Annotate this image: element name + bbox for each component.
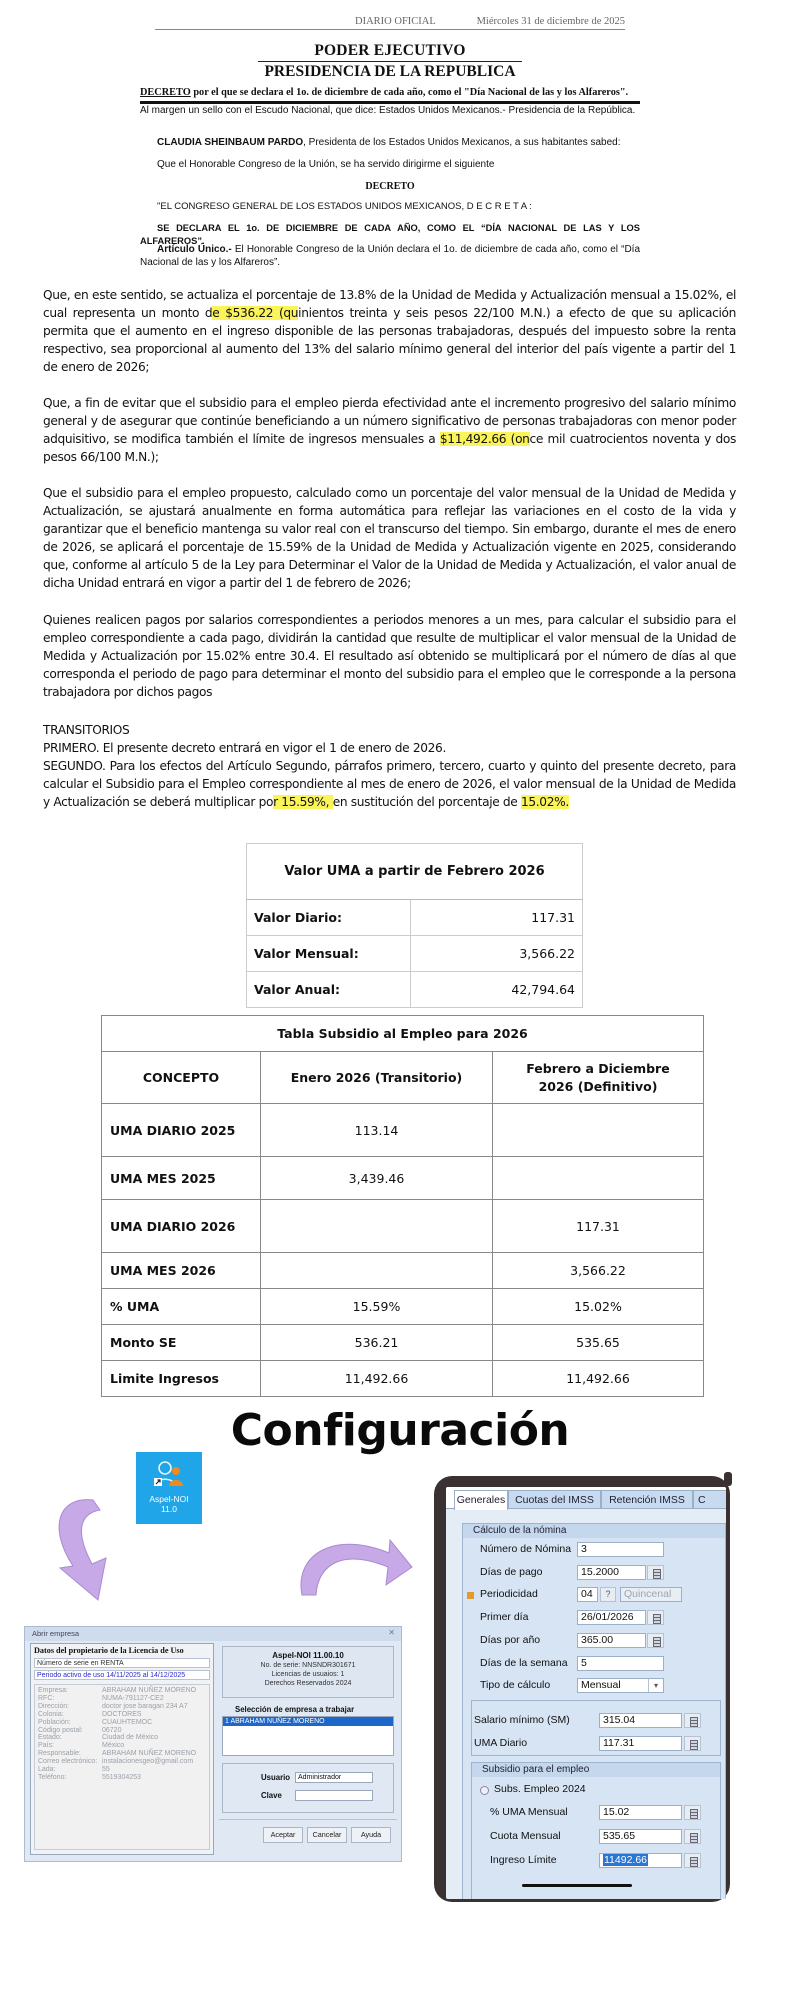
calculo-nomina-group: Cálculo de la nómina Número de Nómina 3 … <box>462 1523 726 1899</box>
dof-decreto-heading: DECRETO <box>140 181 640 192</box>
dias-pago-label: Días de pago <box>480 1566 542 1578</box>
cancelar-button[interactable]: Cancelar <box>307 1827 347 1843</box>
salario-minimo-input[interactable]: 315.04 <box>599 1713 682 1728</box>
selected-text: 11492.66 <box>603 1854 648 1866</box>
dof-margin-note: Al margen un sello con el Escudo Naciona… <box>140 105 640 118</box>
info-value: Ciudad de México <box>102 1734 158 1742</box>
dof-title-poder: PODER EJECUTIVO <box>140 42 640 60</box>
dias-semana-input[interactable]: 5 <box>577 1656 664 1671</box>
primer-dia-label: Primer día <box>480 1611 528 1623</box>
row-label: Valor Diario: <box>247 900 411 936</box>
dof-articulo-unico: Artículo Único.- El Honorable Congreso d… <box>140 244 640 269</box>
calculator-icon[interactable] <box>647 1633 664 1648</box>
cell-enero: 536.21 <box>261 1325 493 1361</box>
paragraph-1: Que, en este sentido, se actualiza el po… <box>43 286 736 376</box>
president-text: , Presidenta de los Estados Unidos Mexic… <box>303 137 620 148</box>
calculator-icon[interactable] <box>684 1713 701 1728</box>
help-icon[interactable]: ? <box>600 1587 616 1602</box>
uma-table-caption: Valor UMA a partir de Febrero 2026 <box>247 844 583 900</box>
decreto-label: DECRETO <box>140 87 191 98</box>
info-value: ABRAHAM NUÑEZ MORENO <box>102 1750 196 1758</box>
dof-president-line: CLAUDIA SHEINBAUM PARDO, Presidenta de l… <box>140 137 640 150</box>
usuario-input[interactable]: Administrador <box>295 1772 373 1783</box>
group-title: Subsidio para el empleo <box>472 1763 720 1777</box>
app-name: Aspel-NOI <box>149 1494 188 1504</box>
dof-header: DIARIO OFICIAL Miércoles 31 de diciembre… <box>155 14 625 30</box>
cuota-mensual-label: Cuota Mensual <box>490 1830 561 1842</box>
row-label: Valor Anual: <box>247 972 411 1008</box>
info-value: CUAUHTEMOC <box>102 1719 152 1727</box>
app-version: 11.0 <box>161 1504 177 1514</box>
articulo-label: Artículo Único.- <box>157 244 232 255</box>
info-value: doctor jose baragan 234 A7 <box>102 1703 188 1711</box>
version-label: Aspel-NOI 11.00.10 <box>272 1651 344 1660</box>
cell-feb-dic: 3,566.22 <box>493 1253 704 1289</box>
info-value: ABRAHAM NUÑEZ MORENO <box>102 1687 196 1695</box>
table-row: UMA DIARIO 2026117.31 <box>102 1200 704 1253</box>
subsidio-empleo-group: Subsidio para el empleo Subs. Empleo 202… <box>471 1762 721 1899</box>
company-select-label: Selección de empresa a trabajar <box>235 1705 354 1714</box>
subs-empleo-option: Subs. Empleo 2024 <box>494 1783 586 1795</box>
ingreso-limite-input[interactable]: 11492.66 <box>599 1853 682 1868</box>
dias-pago-input[interactable]: 15.2000 <box>577 1565 646 1580</box>
tipo-calculo-select[interactable]: Mensual▾ <box>577 1678 664 1693</box>
highlight-1559: r 15.59%, <box>273 795 333 809</box>
uma-mensual-input[interactable]: 15.02 <box>599 1805 682 1820</box>
noi-parameters-screen: Generales Cuotas del IMSS Retención IMSS… <box>446 1487 726 1899</box>
calculator-icon[interactable] <box>684 1736 701 1751</box>
row-label: Limite Ingresos <box>102 1361 261 1397</box>
table-row: UMA DIARIO 2025113.14 <box>102 1104 704 1157</box>
dof-title-presidencia: PRESIDENCIA DE LA REPUBLICA <box>140 63 640 81</box>
table-row: Monto SE536.21535.65 <box>102 1325 704 1361</box>
info-value: instalacionesgeo@gmail.com <box>102 1758 193 1766</box>
app-icon-label: Aspel-NOI11.0 <box>136 1494 202 1514</box>
highlight-536: e $536.22 (qu <box>212 306 298 320</box>
highlight-1502: 15.02%. <box>521 795 569 809</box>
cell-feb-dic: 535.65 <box>493 1325 704 1361</box>
row-label: UMA DIARIO 2026 <box>102 1200 261 1253</box>
tab-more[interactable]: C <box>693 1490 726 1509</box>
dof-header-publication: DIARIO OFICIAL <box>355 16 436 27</box>
divider <box>140 101 640 104</box>
close-icon[interactable]: ✕ <box>388 1628 395 1637</box>
dias-ano-input[interactable]: 365.00 <box>577 1633 646 1648</box>
info-key: Colonia: <box>38 1711 102 1719</box>
copyright: Derechos Reservados 2024 <box>265 1680 352 1687</box>
dof-congress-line: Que el Honorable Congreso de la Unión, s… <box>140 159 640 172</box>
cell-enero <box>261 1200 493 1253</box>
transitorio-segundo: SEGUNDO. Para los efectos del Artículo S… <box>43 757 736 811</box>
group-title: Cálculo de la nómina <box>463 1524 725 1538</box>
calculator-icon[interactable] <box>684 1853 701 1868</box>
licenses-count: Licencias de usuaios: 1 <box>272 1671 345 1678</box>
cell-feb-dic: 11,492.66 <box>493 1361 704 1397</box>
cell-feb-dic: 15.02% <box>493 1289 704 1325</box>
license-panel: Datos del propietario de la Licencia de … <box>30 1643 214 1855</box>
info-key: Responsable: <box>38 1750 102 1758</box>
transitorios-heading: TRANSITORIOS <box>43 721 736 739</box>
license-info-row: Responsable:ABRAHAM NUÑEZ MORENO <box>38 1750 206 1758</box>
company-list[interactable]: 1 ABRAHAM NUÑEZ MORENO <box>222 1716 394 1756</box>
serie-renta: Número de serie en RENTA <box>34 1658 210 1668</box>
version-box: Aspel-NOI 11.00.10 No. de serie: NNSNDR3… <box>222 1646 394 1698</box>
row-value: 117.31 <box>411 900 583 936</box>
uma-mensual-label: % UMA Mensual <box>490 1806 568 1818</box>
salario-group: Salario mínimo (SM) 315.04 UMA Diario 11… <box>471 1700 721 1756</box>
column-header: CONCEPTO <box>102 1052 261 1104</box>
company-list-item-selected[interactable]: 1 ABRAHAM NUÑEZ MORENO <box>223 1717 393 1726</box>
config-title: Configuración <box>0 1405 800 1456</box>
cell-enero: 113.14 <box>261 1104 493 1157</box>
numero-nomina-input[interactable]: 3 <box>577 1542 664 1557</box>
info-value: DOCTORES <box>102 1711 142 1719</box>
license-info-list: Empresa:ABRAHAM NUÑEZ MORENORFC:NUMA-791… <box>34 1684 210 1850</box>
uma-value-table: Valor UMA a partir de Febrero 2026 Valor… <box>246 843 583 1008</box>
decreto-text: por el que se declara el 1o. de diciembr… <box>191 87 628 98</box>
paragraph-3: Que el subsidio para el empleo propuesto… <box>43 484 736 592</box>
license-info-row: Empresa:ABRAHAM NUÑEZ MORENO <box>38 1687 206 1695</box>
usuario-label: Usuario <box>261 1773 290 1782</box>
info-key: Lada: <box>38 1766 102 1774</box>
license-info-row: RFC:NUMA-791127-CE2 <box>38 1695 206 1703</box>
clave-label: Clave <box>261 1791 282 1800</box>
info-key: Estado: <box>38 1734 102 1742</box>
dias-ano-label: Días por año <box>480 1634 540 1646</box>
tab-bar: Generales Cuotas del IMSS Retención IMSS… <box>446 1487 726 1509</box>
table-row: % UMA15.59%15.02% <box>102 1289 704 1325</box>
row-label: % UMA <box>102 1289 261 1325</box>
tipo-calculo-label: Tipo de cálculo <box>480 1679 550 1691</box>
table-row: Limite Ingresos11,492.6611,492.66 <box>102 1361 704 1397</box>
paragraph-4: Quienes realicen pagos por salarios corr… <box>43 611 736 701</box>
license-info-row: Colonia:DOCTORES <box>38 1711 206 1719</box>
info-key: Empresa: <box>38 1687 102 1695</box>
info-key: Correo electrónico: <box>38 1758 102 1766</box>
column-header: Febrero a Diciembre 2026 (Definitivo) <box>493 1052 704 1104</box>
curved-arrow-right-icon <box>294 1525 414 1605</box>
info-key: País: <box>38 1742 102 1750</box>
subsidio-table: Tabla Subsidio al Empleo para 2026 CONCE… <box>101 1015 704 1397</box>
users-icon <box>154 1460 184 1488</box>
info-key: Código postal: <box>38 1727 102 1735</box>
row-label: Monto SE <box>102 1325 261 1361</box>
cell-enero: 3,439.46 <box>261 1157 493 1200</box>
info-value: 55 <box>102 1766 110 1774</box>
table-row: Valor Diario:117.31 <box>247 900 583 936</box>
credentials-box: Usuario Administrador Clave <box>222 1763 394 1813</box>
cell-enero: 11,492.66 <box>261 1361 493 1397</box>
cell-feb-dic: 117.31 <box>493 1200 704 1253</box>
ingreso-limite-label: Ingreso Límite <box>490 1854 557 1866</box>
divider <box>258 61 522 62</box>
periodicidad-description: Quincenal <box>620 1587 682 1602</box>
uma-diario-input[interactable]: 117.31 <box>599 1736 682 1751</box>
calculator-icon[interactable] <box>647 1565 664 1580</box>
row-label: UMA MES 2025 <box>102 1157 261 1200</box>
info-value: NUMA-791127-CE2 <box>102 1695 164 1703</box>
required-marker-icon <box>467 1592 474 1599</box>
license-info-row: Teléfono:5519304253 <box>38 1774 206 1782</box>
info-key: RFC: <box>38 1695 102 1703</box>
periodo-activo: Periodo activo de uso 14/11/2025 al 14/1… <box>34 1670 210 1680</box>
subs-radio[interactable] <box>480 1786 489 1795</box>
aceptar-button[interactable]: Aceptar <box>263 1827 303 1843</box>
president-name: CLAUDIA SHEINBAUM PARDO <box>157 137 303 148</box>
serial-number: No. de serie: NNSNDR301671 <box>261 1662 356 1669</box>
uma-diario-label: UMA Diario <box>474 1737 527 1749</box>
row-label: UMA MES 2026 <box>102 1253 261 1289</box>
tab-generales[interactable]: Generales <box>454 1490 508 1510</box>
dialog-title: Abrir empresa <box>25 1627 401 1641</box>
aspel-noi-app-icon[interactable]: Aspel-NOI11.0 <box>136 1452 202 1524</box>
dof-decreta-line: "EL CONGRESO GENERAL DE LOS ESTADOS UNID… <box>140 201 640 214</box>
text: en sustitución del porcentaje de <box>333 795 521 809</box>
table-row: Valor Anual:42,794.64 <box>247 972 583 1008</box>
calendar-icon[interactable] <box>647 1610 664 1625</box>
abrir-empresa-dialog: Abrir empresa ✕ Datos del propietario de… <box>24 1626 402 1862</box>
info-key: Teléfono: <box>38 1774 102 1782</box>
periodicidad-label: Periodicidad <box>480 1588 538 1600</box>
dias-semana-label: Días de la semana <box>480 1657 568 1669</box>
license-info-row: Código postal:06720 <box>38 1727 206 1735</box>
selected-value: Mensual <box>581 1679 621 1691</box>
transitorio-primero: PRIMERO. El presente decreto entrará en … <box>43 739 736 757</box>
chevron-down-icon[interactable]: ▾ <box>648 1679 663 1692</box>
license-heading: Datos del propietario de la Licencia de … <box>34 1646 184 1655</box>
highlight-11492: $11,492.66 (on <box>440 432 530 446</box>
subsidio-table-caption: Tabla Subsidio al Empleo para 2026 <box>102 1016 704 1052</box>
row-value: 3,566.22 <box>411 936 583 972</box>
license-info-row: Correo electrónico:instalacionesgeo@gmai… <box>38 1758 206 1766</box>
license-info-row: Lada:55 <box>38 1766 206 1774</box>
cell-enero <box>261 1253 493 1289</box>
info-key: Población: <box>38 1719 102 1727</box>
row-label: Valor Mensual: <box>247 936 411 972</box>
cell-feb-dic <box>493 1157 704 1200</box>
column-header: Enero 2026 (Transitorio) <box>261 1052 493 1104</box>
paragraph-2: Que, a fin de evitar que el subsidio par… <box>43 394 736 466</box>
primer-dia-input[interactable]: 26/01/2026 <box>577 1610 646 1625</box>
calculator-icon[interactable] <box>684 1829 701 1844</box>
dof-decreto-summary: DECRETO por el que se declara el 1o. de … <box>140 87 640 98</box>
dof-clipping: DIARIO OFICIAL Miércoles 31 de diciembre… <box>140 0 640 275</box>
dof-header-date: Miércoles 31 de diciembre de 2025 <box>477 16 625 27</box>
dialog-buttons: Aceptar Cancelar Ayuda <box>219 1819 397 1849</box>
curved-arrow-down-icon <box>48 1488 128 1608</box>
numero-nomina-label: Número de Nómina <box>480 1543 571 1555</box>
tab-cuotas-imss[interactable]: Cuotas del IMSS <box>508 1490 601 1509</box>
license-info-row: Población:CUAUHTEMOC <box>38 1719 206 1727</box>
table-row: UMA MES 20263,566.22 <box>102 1253 704 1289</box>
cell-enero: 15.59% <box>261 1289 493 1325</box>
table-row: UMA MES 20253,439.46 <box>102 1157 704 1200</box>
license-info-row: Dirección:doctor jose baragan 234 A7 <box>38 1703 206 1711</box>
cuota-mensual-input[interactable]: 535.65 <box>599 1829 682 1844</box>
tab-retencion-imss[interactable]: Retención IMSS <box>601 1490 693 1509</box>
ayuda-button[interactable]: Ayuda <box>351 1827 391 1843</box>
table-row: Valor Mensual:3,566.22 <box>247 936 583 972</box>
row-label: UMA DIARIO 2025 <box>102 1104 261 1157</box>
calculator-icon[interactable] <box>684 1805 701 1820</box>
info-value: 06720 <box>102 1727 121 1735</box>
info-key: Dirección: <box>38 1703 102 1711</box>
clave-input[interactable] <box>295 1790 373 1801</box>
salario-minimo-label: Salario mínimo (SM) <box>474 1714 570 1726</box>
company-panel: Aspel-NOI 11.00.10 No. de serie: NNSNDR3… <box>219 1643 397 1855</box>
info-value: 5519304253 <box>102 1774 141 1782</box>
periodicidad-input[interactable]: 04 <box>577 1587 598 1602</box>
annotation-underline <box>522 1884 632 1887</box>
license-info-row: Estado:Ciudad de México <box>38 1734 206 1742</box>
cell-feb-dic <box>493 1104 704 1157</box>
row-value: 42,794.64 <box>411 972 583 1008</box>
